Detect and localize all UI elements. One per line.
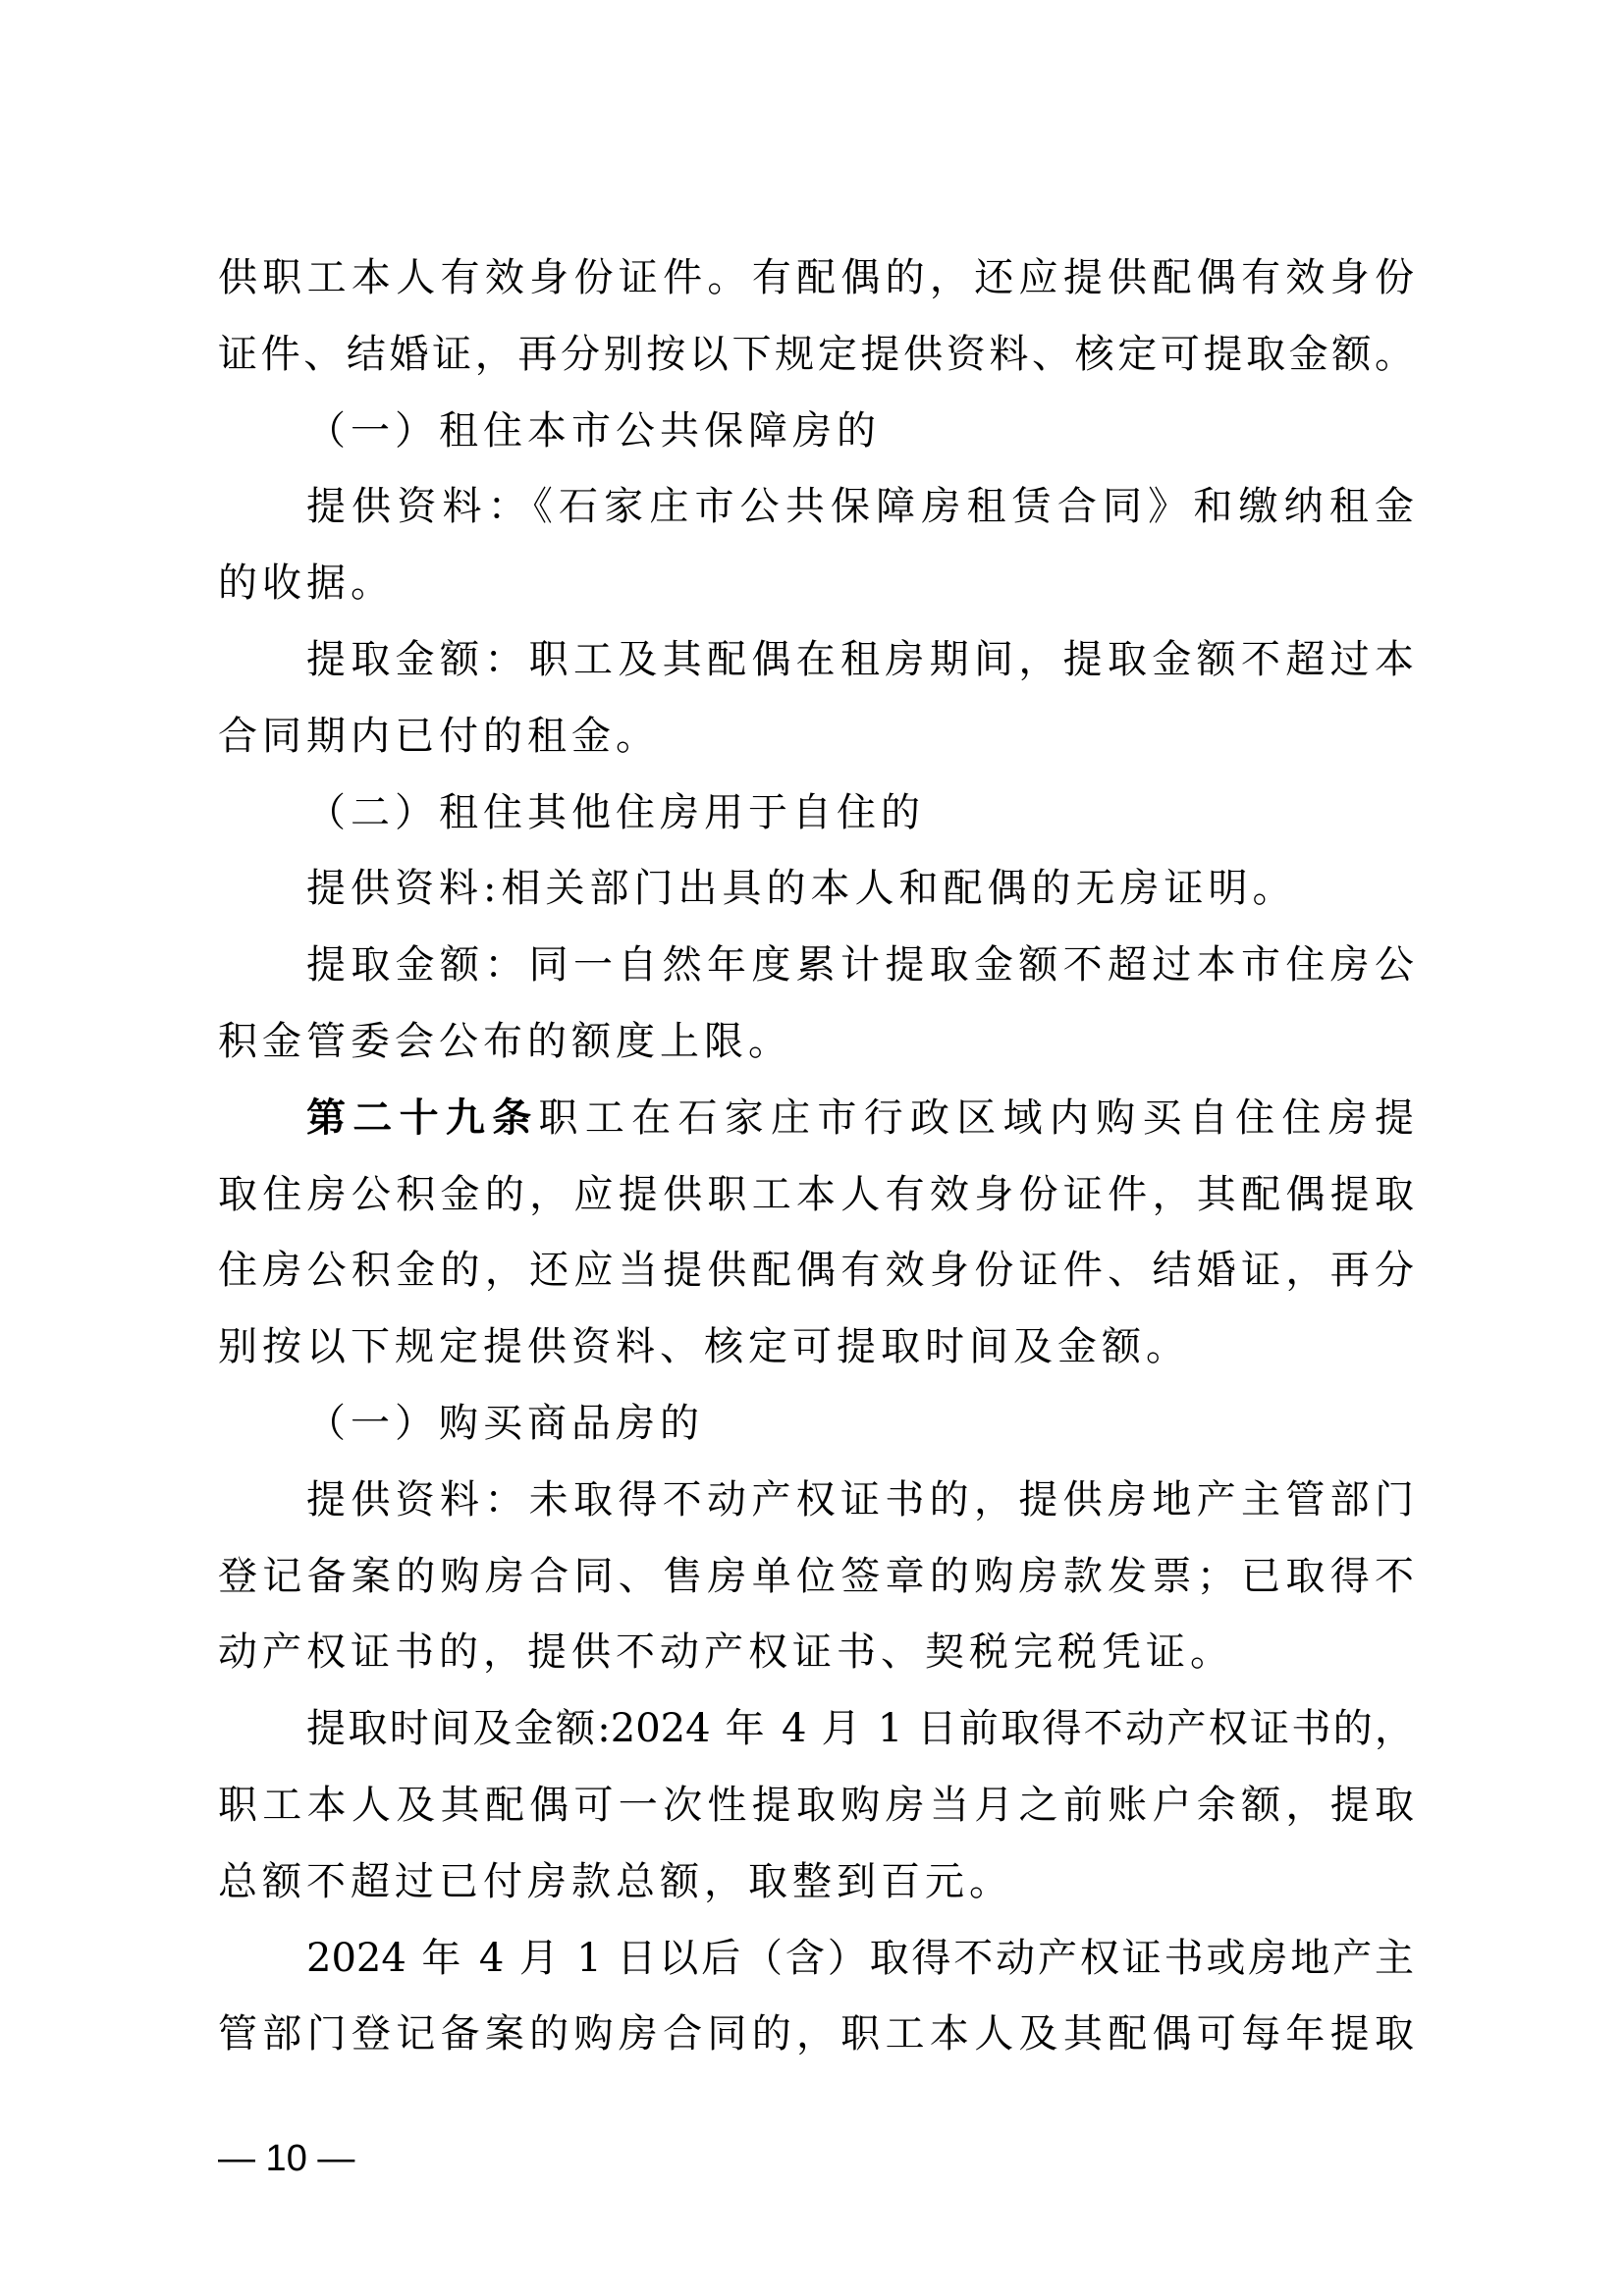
text-line-14: 住房公积金的，还应当提供配偶有效身份证件、结婚证，再分: [218, 1238, 1414, 1314]
section-heading-rent-public-housing: （一）租住本市公共保障房的: [218, 399, 1414, 475]
text-line-20: 提取时间及金额:2024 年 4 月 1 日前取得不动产权证书的，: [218, 1696, 1414, 1773]
article-heading: 第二十九条: [306, 1095, 539, 1141]
document-body: 供职工本人有效身份证件。有配偶的，还应提供配偶有效身份 证件、结婚证，再分别按以…: [218, 245, 1414, 2078]
text-line-23: 2024 年 4 月 1 日以后（含）取得不动产权证书或房地产主: [218, 1926, 1414, 2002]
text-line-13: 取住房公积金的，应提供职工本人有效身份证件，其配偶提取: [218, 1162, 1414, 1239]
article-29-text: 职工在石家庄市行政区域内购买自住住房提: [539, 1095, 1414, 1141]
article-29-line: 第二十九条职工在石家庄市行政区域内购买自住住房提: [218, 1086, 1414, 1162]
section-heading-buy-commercial-housing: （一）购买商品房的: [218, 1391, 1414, 1468]
text-line-4: 提供资料：《石家庄市公共保障房租赁合同》和缴纳租金: [218, 474, 1414, 551]
page-number: — 10 —: [218, 2138, 354, 2180]
text-line-9: 提供资料:相关部门出具的本人和配偶的无房证明。: [218, 856, 1414, 933]
text-line-7: 合同期内已付的租金。: [218, 704, 1414, 780]
text-line-24: 管部门登记备案的购房合同的，职工本人及其配偶可每年提取: [218, 2002, 1414, 2078]
text-line-10: 提取金额：同一自然年度累计提取金额不超过本市住房公: [218, 933, 1414, 1009]
text-line-5: 的收据。: [218, 551, 1414, 627]
text-line-17: 提供资料：未取得不动产权证书的，提供房地产主管部门: [218, 1468, 1414, 1544]
text-line-6: 提取金额：职工及其配偶在租房期间，提取金额不超过本: [218, 627, 1414, 704]
text-line-21: 职工本人及其配偶可一次性提取购房当月之前账户余额，提取: [218, 1773, 1414, 1849]
text-line-2: 证件、结婚证，再分别按以下规定提供资料、核定可提取金额。: [218, 322, 1414, 399]
text-line-22: 总额不超过已付房款总额，取整到百元。: [218, 1849, 1414, 1926]
text-line-1: 供职工本人有效身份证件。有配偶的，还应提供配偶有效身份: [218, 245, 1414, 322]
text-line-15: 别按以下规定提供资料、核定可提取时间及金额。: [218, 1314, 1414, 1391]
section-heading-rent-other-housing: （二）租住其他住房用于自住的: [218, 780, 1414, 857]
text-line-19: 动产权证书的，提供不动产权证书、契税完税凭证。: [218, 1620, 1414, 1696]
text-line-18: 登记备案的购房合同、售房单位签章的购房款发票；已取得不: [218, 1544, 1414, 1621]
text-line-11: 积金管委会公布的额度上限。: [218, 1009, 1414, 1086]
